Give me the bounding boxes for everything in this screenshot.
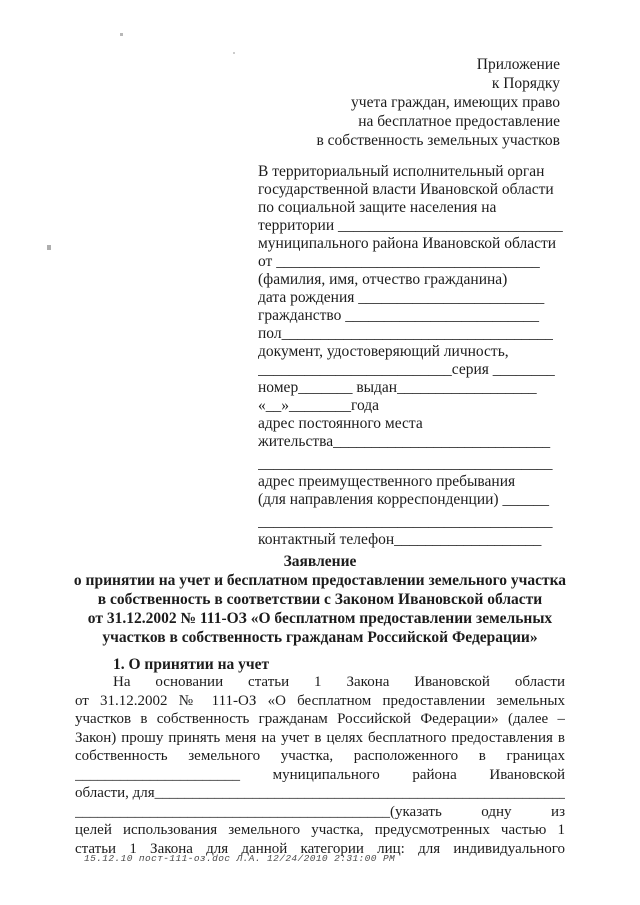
- scan-artifact: [47, 245, 51, 250]
- field-stay-address-label: адрес преимущественного пребывания: [258, 473, 565, 491]
- field-identity-document-label: документ, удостоверяющий личность,: [258, 343, 565, 361]
- annex-line: в собственность земельных участков: [0, 131, 560, 150]
- field-citizenship: гражданство _________________________: [258, 307, 565, 325]
- document-footer-stamp: 15.12.10 пост-111-оз.doc Л.А. 12/24/2010…: [84, 853, 395, 864]
- field-residence-address: жительства____________________________: [258, 433, 565, 451]
- field-contact-phone: контактный телефон___________________: [258, 531, 565, 549]
- section-1-body: На основании статьи 1 Закона Ивановской …: [75, 674, 565, 859]
- annex-line: на бесплатное предоставление: [0, 112, 560, 131]
- field-applicant-name-caption: (фамилия, имя, отчество гражданина): [258, 271, 565, 289]
- body-line: участков в собственность гражданам Росси…: [75, 711, 565, 730]
- body-line: На основании статьи 1 Закона Ивановской …: [75, 674, 565, 693]
- field-applicant-name: от __________________________________: [258, 253, 565, 271]
- application-title-line: от 31.12.2002 № 111-ОЗ «О бесплатном пре…: [58, 609, 582, 628]
- field-document-number-issued: номер_______ выдан__________________: [258, 379, 565, 397]
- application-title-line: Заявление: [58, 552, 582, 571]
- application-title-line: участков в собственность гражданам Росси…: [58, 628, 582, 647]
- field-gender: пол___________________________________: [258, 325, 565, 343]
- annex-note: Приложение к Порядку учета граждан, имею…: [0, 0, 560, 150]
- annex-line: Приложение: [0, 55, 560, 74]
- application-title: Заявление о принятии на учет и бесплатно…: [58, 552, 582, 647]
- application-title-line: в собственность в соответствии с Законом…: [58, 590, 582, 609]
- field-land-use-purpose: области, для____________________________…: [75, 785, 565, 804]
- field-territory: территории _____________________________: [258, 217, 565, 235]
- recipient-authority-line: государственной власти Ивановской област…: [258, 181, 565, 199]
- recipient-block: В территориальный исполнительный орган г…: [258, 163, 565, 549]
- field-stay-address: (для направления корреспонденции) ______: [258, 491, 565, 509]
- body-line: Закон) прошу принять меня на учет в целя…: [75, 730, 565, 749]
- field-land-use-purpose-blank: ________________________________________…: [75, 804, 565, 823]
- field-stay-address-blank: ______________________________________: [258, 513, 565, 531]
- field-document-issue-date: «__»________года: [258, 397, 565, 415]
- document-page: Приложение к Порядку учета граждан, имею…: [0, 0, 640, 905]
- body-line: собственность земельного участка, распол…: [75, 748, 565, 767]
- recipient-authority-line: В территориальный исполнительный орган: [258, 163, 565, 181]
- scan-artifact: [120, 33, 123, 36]
- scan-artifact: [233, 52, 235, 54]
- field-residence-address-blank: ______________________________________: [258, 455, 565, 473]
- field-birthdate: дата рождения ________________________: [258, 289, 565, 307]
- body-line: целей использования земельного участка, …: [75, 822, 565, 841]
- field-residence-address-label: адрес постоянного места: [258, 415, 565, 433]
- annex-line: учета граждан, имеющих право: [0, 93, 560, 112]
- section-1-heading: 1. О принятии на учет: [75, 655, 565, 674]
- recipient-authority-line: муниципального района Ивановской области: [258, 235, 565, 253]
- recipient-authority-line: по социальной защите населения на: [258, 199, 565, 217]
- field-document-series: _________________________серия ________: [258, 361, 565, 379]
- annex-line: к Порядку: [0, 74, 560, 93]
- field-municipal-district: ______________________ муниципального ра…: [75, 767, 565, 786]
- body-line: от 31.12.2002 № 111-ОЗ «О бесплатном пре…: [75, 693, 565, 712]
- application-title-line: о принятии на учет и бесплатном предоста…: [58, 571, 582, 590]
